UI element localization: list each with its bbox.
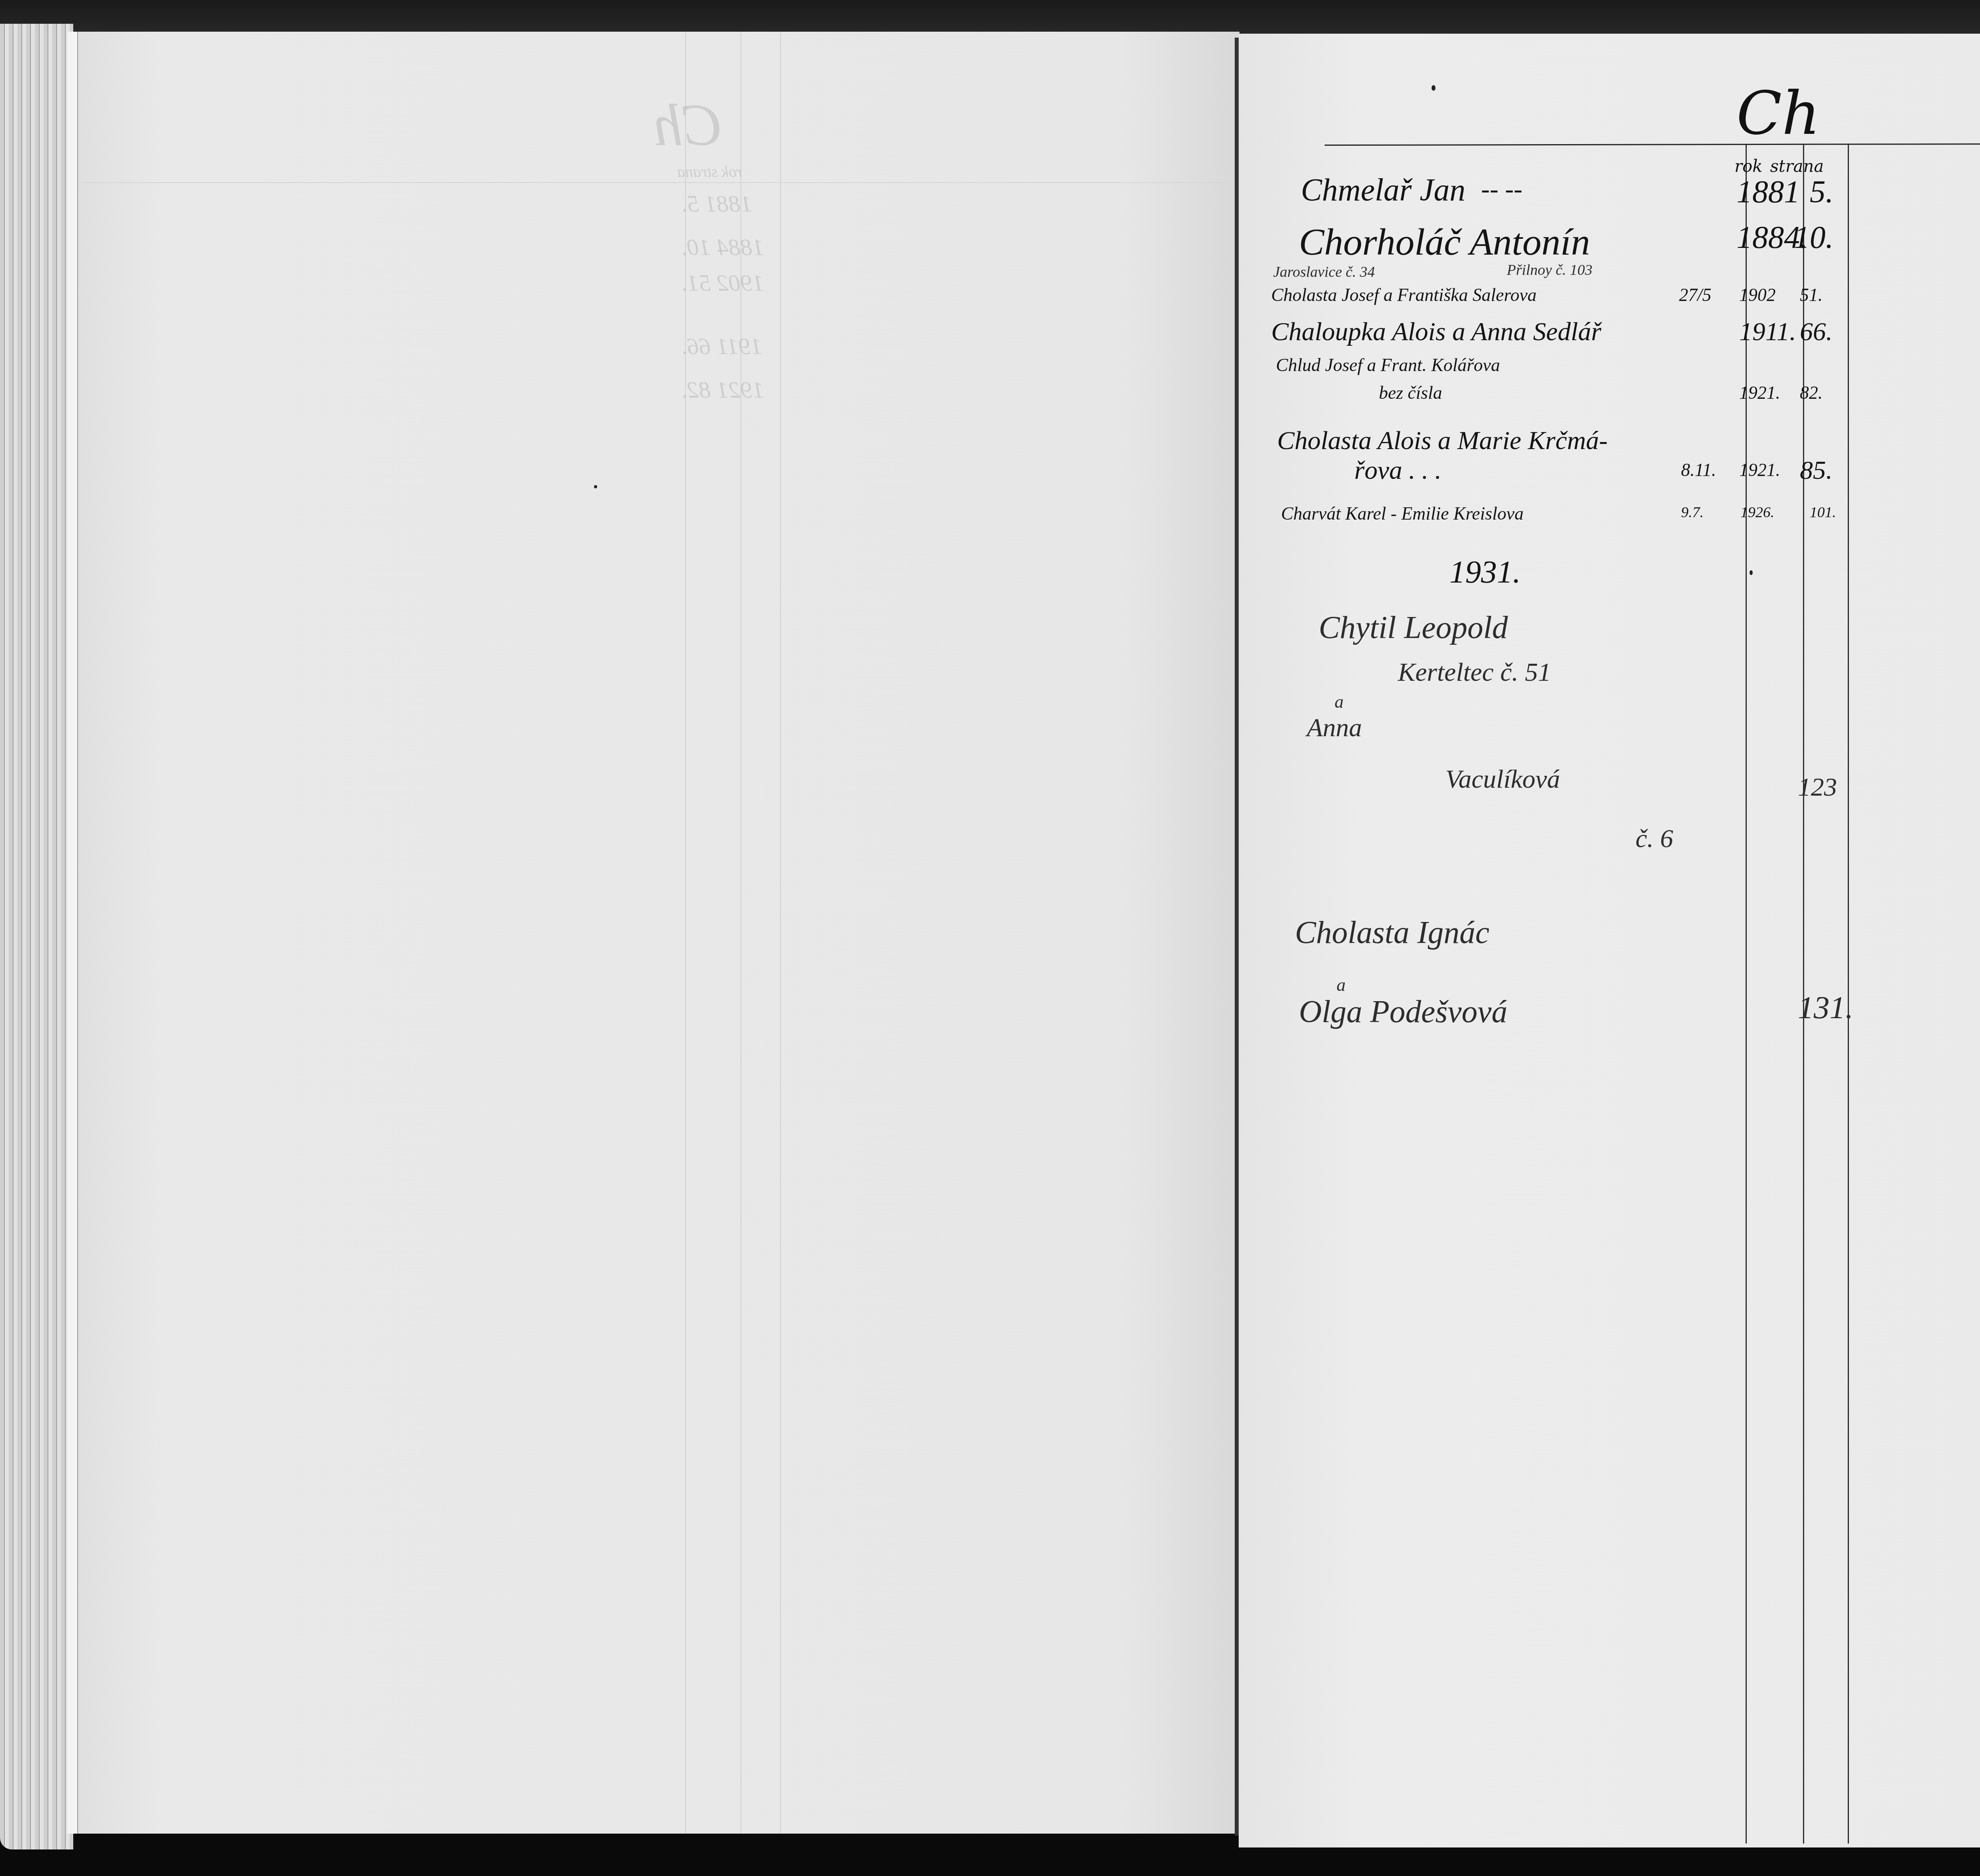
ink-speck bbox=[1432, 85, 1435, 91]
entry-line2: a bbox=[1336, 974, 1346, 995]
left-page-rule bbox=[83, 182, 1232, 183]
bleed-through-text: 1881 5. bbox=[681, 190, 752, 217]
bleed-through-text: 1902 51. bbox=[681, 269, 764, 297]
entry-page: 85. bbox=[1800, 455, 1833, 486]
ink-speck bbox=[594, 485, 597, 488]
entry-line6: č. 6 bbox=[1635, 824, 1673, 854]
entry-date: 8.11. bbox=[1681, 459, 1716, 480]
book-gutter bbox=[1235, 38, 1239, 1836]
entry-name: Cholasta Ignác bbox=[1295, 915, 1489, 951]
entry-name: Chlud Josef a Frant. Kolářova bbox=[1276, 354, 1500, 375]
left-page-column-line bbox=[741, 32, 741, 1834]
entry-year: 1921. bbox=[1739, 382, 1780, 403]
entry-date: 9.7. bbox=[1681, 504, 1704, 521]
bleed-through-letter: Ch bbox=[653, 91, 723, 159]
entry-name: Cholasta Alois a Marie Krčmá- bbox=[1277, 426, 1608, 456]
entry-note: Přilnoy č. 103 bbox=[1507, 261, 1592, 279]
bleed-through-text: 1911 66. bbox=[681, 333, 763, 360]
entry-line5: Vaculíková bbox=[1445, 764, 1560, 794]
left-page-column-line bbox=[685, 32, 686, 1834]
entry-page: 51. bbox=[1800, 284, 1823, 305]
column-header-year: rok bbox=[1734, 156, 1763, 176]
entry-year: 1926. bbox=[1740, 504, 1774, 521]
entry-year: 1911. bbox=[1739, 317, 1796, 347]
entry-line2: řova . . . bbox=[1354, 455, 1441, 486]
bleed-through-text: 1884 10. bbox=[681, 234, 764, 261]
entry-name: Chorholáč Antonín bbox=[1299, 220, 1590, 264]
entry-date: 27/5 bbox=[1679, 284, 1712, 305]
section-letter: Ch bbox=[1736, 79, 1820, 148]
entry-line2: Kerteltec č. 51 bbox=[1398, 657, 1551, 688]
bleed-through-text: 1921 82. bbox=[681, 376, 764, 404]
entry-page: 131. bbox=[1798, 990, 1853, 1026]
bleed-through-text: rok strana bbox=[677, 162, 742, 181]
section-year: 1931. bbox=[1449, 554, 1521, 590]
entry-year: 1881 bbox=[1736, 174, 1800, 210]
entry-page: 66. bbox=[1800, 317, 1833, 347]
ink-speck bbox=[1750, 570, 1753, 575]
entry-name: Cholasta Josef a Františka Salerova bbox=[1271, 284, 1536, 305]
entry-name: Chmelař Jan bbox=[1301, 172, 1466, 208]
page-stack-edge bbox=[0, 24, 73, 1849]
left-page-column-line bbox=[780, 32, 781, 1834]
entry-name: Chytil Leopold bbox=[1319, 610, 1508, 646]
entry-name: Chaloupka Alois a Anna Sedlář bbox=[1271, 317, 1601, 347]
entry-line2: bez čísla bbox=[1379, 382, 1442, 403]
entry-year: 1902 bbox=[1739, 284, 1776, 305]
left-page: Ch rok strana 1881 5. 1884 10. 1902 51. … bbox=[67, 32, 1239, 1834]
entry-page: 101. bbox=[1810, 504, 1836, 521]
left-page-edge bbox=[67, 32, 78, 1834]
entry-page: 82. bbox=[1800, 382, 1823, 403]
column-header-page: strana bbox=[1770, 156, 1824, 176]
entry-name: Charvát Karel - Emilie Kreislova bbox=[1281, 503, 1523, 524]
entry-line4: Anna bbox=[1307, 713, 1362, 743]
entry-note: Jaroslavice č. 34 bbox=[1273, 263, 1375, 281]
entry-year: 1921. bbox=[1739, 459, 1780, 480]
entry-page: 10. bbox=[1794, 220, 1833, 256]
entry-line3: Olga Podešvová bbox=[1299, 994, 1508, 1030]
entry-page: 5. bbox=[1810, 174, 1833, 210]
entry-page: 123 bbox=[1798, 772, 1837, 802]
entry-suffix: -- -- bbox=[1481, 174, 1522, 204]
entry-line3: a bbox=[1335, 691, 1344, 712]
